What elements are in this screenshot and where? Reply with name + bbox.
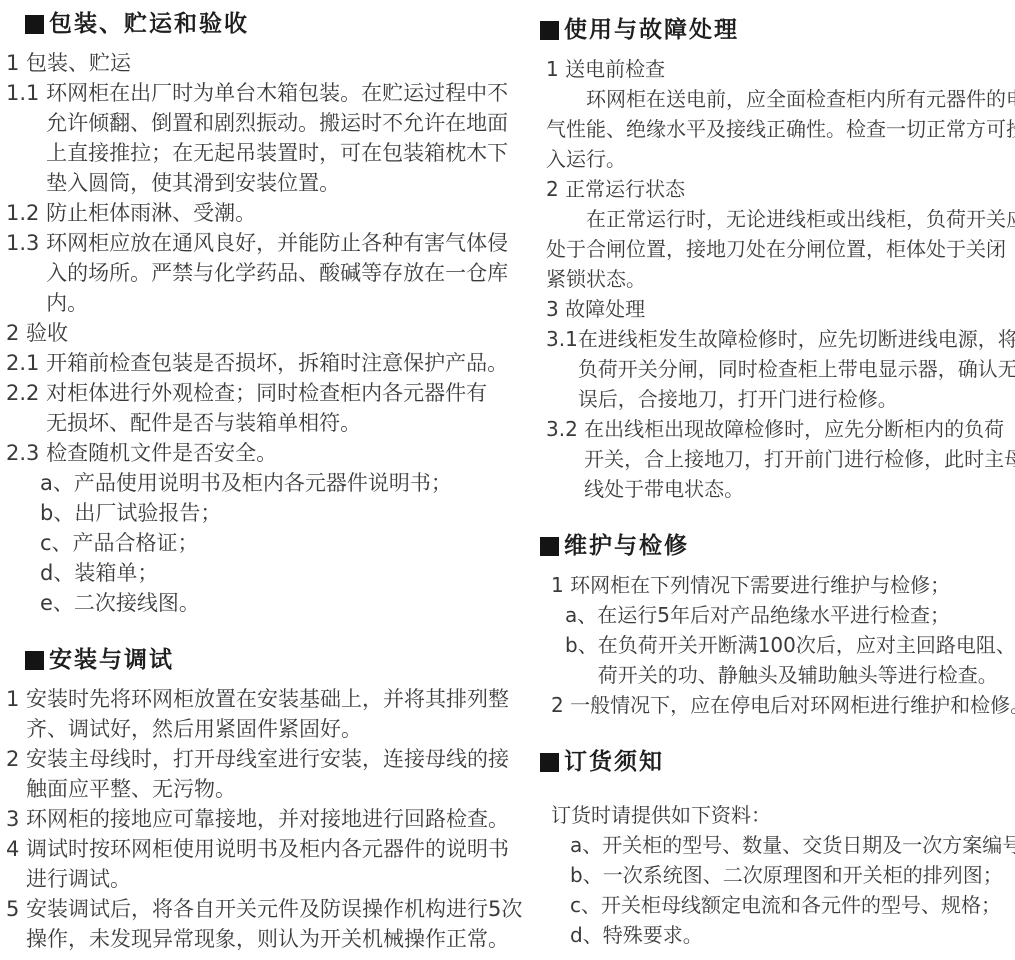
item-text: 调试时按环网柜使用说明书及柜内各元器件的说明书进行调试。 [26,834,509,894]
section-marker-icon [25,15,44,34]
item-text: 产品合格证； [73,528,199,558]
section-heading: 订货须知 [540,746,1014,778]
section-heading-label: 安装与调试 [49,644,174,676]
item-label: 5 [6,894,26,924]
item-text: 装箱单； [74,558,158,588]
numbered-item: 1 送电前检查 [546,54,1014,84]
item-label: c、 [40,528,73,558]
item-text: 在运行5年后对产品绝缘水平进行检查； [597,600,950,630]
item-text: 在进线柜发生故障检修时，应先切断进线电源，将负荷开关分闸，同时检查柜上带电显示器… [578,324,1015,414]
item-label: 2.2 [6,378,46,408]
item-text: 在负荷开关开断满100次后，应对主回路电阻、负荷开关的功、静触头及辅助触头等进行… [598,630,1015,690]
numbered-item: 1 环网柜在下列情况下需要进行维护与检修； [551,570,1014,600]
item-text: 防止柜体雨淋、受潮。 [46,198,256,228]
item-text: 故障处理 [565,294,645,324]
numbered-item: 1.3 环网柜应放在通风良好，并能防止各种有害气体侵入的场所。严禁与化学药品、酸… [6,228,510,318]
item-label: 1 [546,54,565,84]
item-label: 1 [551,570,570,600]
item-label: b、 [570,860,603,890]
numbered-item: 2 正常运行状态 [546,174,1014,204]
section-marker-icon [540,21,559,40]
item-label: c、 [570,890,601,920]
spacer [546,786,1014,800]
item-label: 1.1 [6,78,46,108]
item-label: 2 [546,174,565,204]
section-heading: 安装与调试 [25,644,510,676]
item-text: 对柜体进行外观检查；同时检查柜内各元器件有无损坏、配件是否与装箱单相符。 [46,378,487,438]
section-marker-icon [25,651,44,670]
item-label: 1.3 [6,228,46,258]
paragraph: 订货时请提供如下资料： [551,800,1014,830]
item-text: 安装时先将环网柜放置在安装基础上，并将其排列整齐、调试好，然后用紧固件紧固好。 [26,684,509,744]
item-text: 出厂试验报告； [74,498,221,528]
item-label: 3.1 [546,324,578,354]
item-text: 安装主母线时，打开母线室进行安装，连接母线的接触面应平整、无污物。 [26,744,509,804]
item-label: 2.1 [6,348,46,378]
item-label: 2 [6,744,26,774]
item-label: a、 [570,830,602,860]
item-text: 环网柜在出厂时为单台木箱包装。在贮运过程中不允许倾翻、倒置和剧烈振动。搬运时不允… [46,78,508,198]
item-label: 3.2 [546,414,584,444]
numbered-item: 4 调试时按环网柜使用说明书及柜内各元器件的说明书进行调试。 [6,834,510,894]
numbered-item: d、特殊要求。 [570,920,1014,950]
item-text: 在正常运行时，无论进线柜或出线柜，负荷开关应处于合闸位置，接地刀处在分闸位置，柜… [546,204,1015,294]
manual-page: 包装、贮运和验收1 包装、贮运1.1 环网柜在出厂时为单台木箱包装。在贮运过程中… [0,0,1015,960]
item-text: 正常运行状态 [565,174,685,204]
section-heading-label: 使用与故障处理 [564,14,739,46]
item-text: 订货时请提供如下资料： [551,800,771,830]
section-heading-label: 订货须知 [564,746,664,778]
item-label: a、 [565,600,597,630]
numbered-item: b、出厂试验报告； [40,498,510,528]
numbered-item: d、装箱单； [40,558,510,588]
column-right: 使用与故障处理1 送电前检查 环网柜在送电前，应全面检查柜内所有元器件的电气性能… [546,14,1014,950]
item-text: 环网柜的接地应可靠接地，并对接地进行回路检查。 [26,804,509,834]
item-text: 开关柜的型号、数量、交货日期及一次方案编号 [602,830,1015,860]
numbered-item: 2.2 对柜体进行外观检查；同时检查柜内各元器件有无损坏、配件是否与装箱单相符。 [6,378,510,438]
numbered-item: 3.2 在出线柜出现故障检修时，应先分断柜内的负荷开关，合上接地刀，打开前门进行… [546,414,1014,504]
item-text: 包装、贮运 [26,48,131,78]
section-marker-icon [540,537,559,556]
item-text: 二次接线图。 [74,588,200,618]
numbered-item: 5 安装调试后，将各自开关元件及防误操作机构进行5次操作，未发现异常现象，则认为… [6,894,510,954]
numbered-item: 3.1在进线柜发生故障检修时，应先切断进线电源，将负荷开关分闸，同时检查柜上带电… [546,324,1014,414]
item-label: e、 [40,588,74,618]
item-text: 安装调试后，将各自开关元件及防误操作机构进行5次操作，未发现异常现象，则认为开关… [26,894,522,954]
numbered-item: 2 验收 [6,318,510,348]
item-label: 1 [6,684,26,714]
item-text: 一般情况下，应在停电后对环网柜进行维护和检修。 [570,690,1015,720]
item-label: a、 [40,468,74,498]
item-text: 在出线柜出现故障检修时，应先分断柜内的负荷开关，合上接地刀，打开前门进行检修，此… [584,414,1015,504]
item-text: 环网柜在下列情况下需要进行维护与检修； [570,570,950,600]
item-label: 2.3 [6,438,46,468]
item-label: 3 [546,294,565,324]
item-text: 环网柜在送电前，应全面检查柜内所有元器件的电气性能、绝缘水平及接线正确性。检查一… [546,84,1015,174]
numbered-item: c、产品合格证； [40,528,510,558]
numbered-item: 2 一般情况下，应在停电后对环网柜进行维护和检修。 [551,690,1014,720]
paragraph: 环网柜在送电前，应全面检查柜内所有元器件的电气性能、绝缘水平及接线正确性。检查一… [546,84,1014,174]
item-label: 3 [6,804,26,834]
item-label: 2 [6,318,26,348]
column-left: 包装、贮运和验收1 包装、贮运1.1 环网柜在出厂时为单台木箱包装。在贮运过程中… [6,8,510,954]
numbered-item: 1 包装、贮运 [6,48,510,78]
item-text: 开箱前检查包装是否损坏，拆箱时注意保护产品。 [46,348,508,378]
item-label: d、 [570,920,603,950]
numbered-item: e、二次接线图。 [40,588,510,618]
item-text: 检查随机文件是否安全。 [46,438,277,468]
item-label: 2 [551,690,570,720]
item-label: 4 [6,834,26,864]
section-heading-label: 包装、贮运和验收 [49,8,249,40]
paragraph: 在正常运行时，无论进线柜或出线柜，负荷开关应处于合闸位置，接地刀处在分闸位置，柜… [546,204,1014,294]
item-text: 一次系统图、二次原理图和开关柜的排列图； [603,860,1003,890]
numbered-item: 2.3 检查随机文件是否安全。 [6,438,510,468]
item-text: 产品使用说明书及柜内各元器件说明书； [74,468,452,498]
numbered-item: 2 安装主母线时，打开母线室进行安装，连接母线的接触面应平整、无污物。 [6,744,510,804]
item-label: 1 [6,48,26,78]
item-text: 开关柜母线额定电流和各元件的型号、规格； [601,890,1001,920]
section-marker-icon [540,753,559,772]
item-label: b、 [565,630,598,660]
item-text: 验收 [26,318,68,348]
section-heading: 包装、贮运和验收 [25,8,510,40]
numbered-item: 1.2 防止柜体雨淋、受潮。 [6,198,510,228]
numbered-item: b、在负荷开关开断满100次后，应对主回路电阻、负荷开关的功、静触头及辅助触头等… [565,630,1014,690]
numbered-item: b、一次系统图、二次原理图和开关柜的排列图； [570,860,1014,890]
numbered-item: 1.1 环网柜在出厂时为单台木箱包装。在贮运过程中不允许倾翻、倒置和剧烈振动。搬… [6,78,510,198]
numbered-item: 1 安装时先将环网柜放置在安装基础上，并将其排列整齐、调试好，然后用紧固件紧固好… [6,684,510,744]
item-text: 环网柜应放在通风良好，并能防止各种有害气体侵入的场所。严禁与化学药品、酸碱等存放… [46,228,508,318]
numbered-item: a、产品使用说明书及柜内各元器件说明书； [40,468,510,498]
item-label: 1.2 [6,198,46,228]
section-heading-label: 维护与检修 [564,530,689,562]
numbered-item: 2.1 开箱前检查包装是否损坏，拆箱时注意保护产品。 [6,348,510,378]
item-label: b、 [40,498,74,528]
item-label: d、 [40,558,74,588]
numbered-item: c、开关柜母线额定电流和各元件的型号、规格； [570,890,1014,920]
item-text: 特殊要求。 [603,920,703,950]
numbered-item: a、开关柜的型号、数量、交货日期及一次方案编号 [570,830,1014,860]
section-heading: 维护与检修 [540,530,1014,562]
section-heading: 使用与故障处理 [540,14,1014,46]
numbered-item: a、在运行5年后对产品绝缘水平进行检查； [565,600,1014,630]
numbered-item: 3 环网柜的接地应可靠接地，并对接地进行回路检查。 [6,804,510,834]
numbered-item: 3 故障处理 [546,294,1014,324]
item-text: 送电前检查 [565,54,665,84]
